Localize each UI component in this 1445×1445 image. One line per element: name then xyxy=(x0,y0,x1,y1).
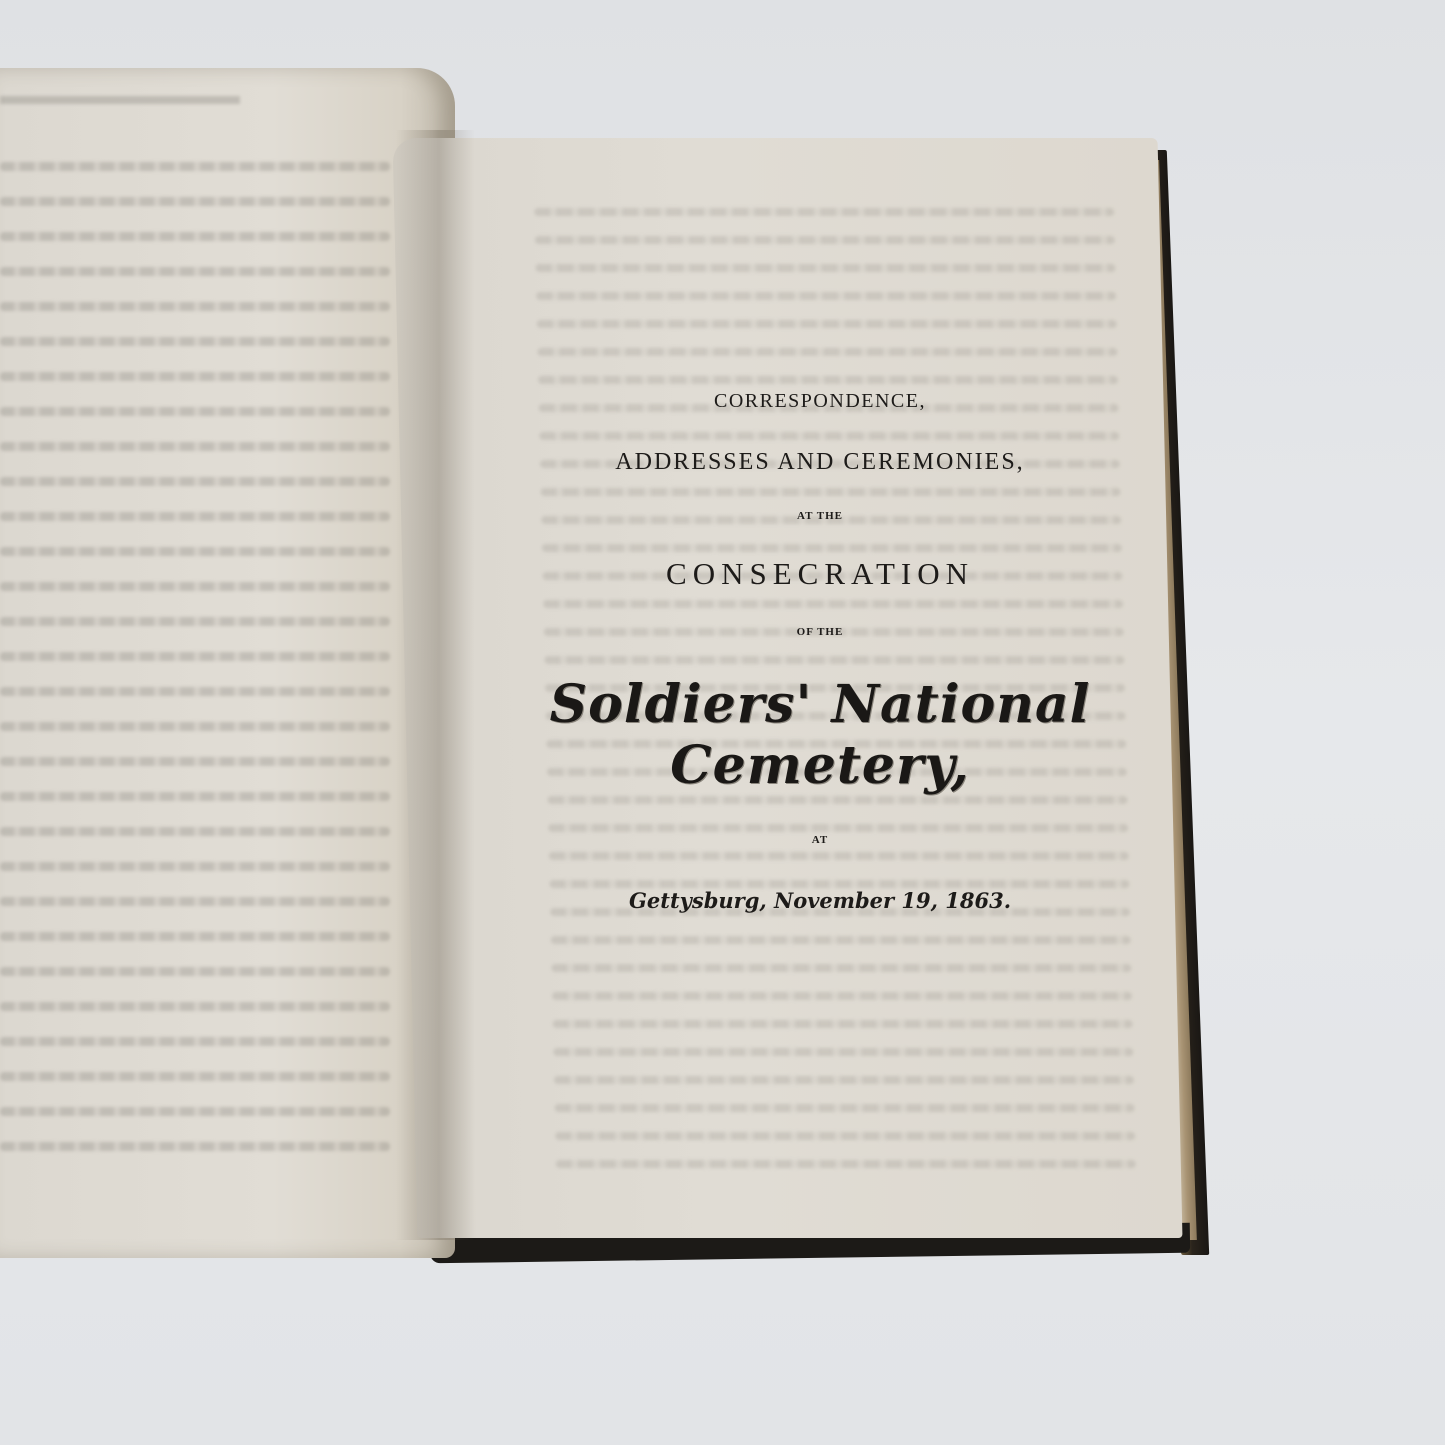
title-line-correspondence: CORRESPONDENCE, xyxy=(460,390,1180,413)
title-line-at: AT xyxy=(460,834,1180,846)
left-page xyxy=(0,68,455,1258)
title-line-cemetery: Soldiers' National Cemetery, xyxy=(460,674,1180,796)
title-page-text: CORRESPONDENCE, ADDRESSES AND CEREMONIES… xyxy=(460,380,1180,913)
book-photo: CORRESPONDENCE, ADDRESSES AND CEREMONIES… xyxy=(0,0,1445,1445)
title-line-of-the: OF THE xyxy=(460,626,1180,638)
title-line-at-the: AT THE xyxy=(460,510,1180,522)
title-line-place-date: Gettysburg, November 19, 1863. xyxy=(460,888,1180,913)
left-page-running-header xyxy=(0,96,240,104)
title-line-consecration: CONSECRATION xyxy=(460,556,1180,592)
left-page-show-through-text xyxy=(0,162,390,1177)
title-line-addresses: ADDRESSES AND CEREMONIES, xyxy=(460,449,1180,476)
